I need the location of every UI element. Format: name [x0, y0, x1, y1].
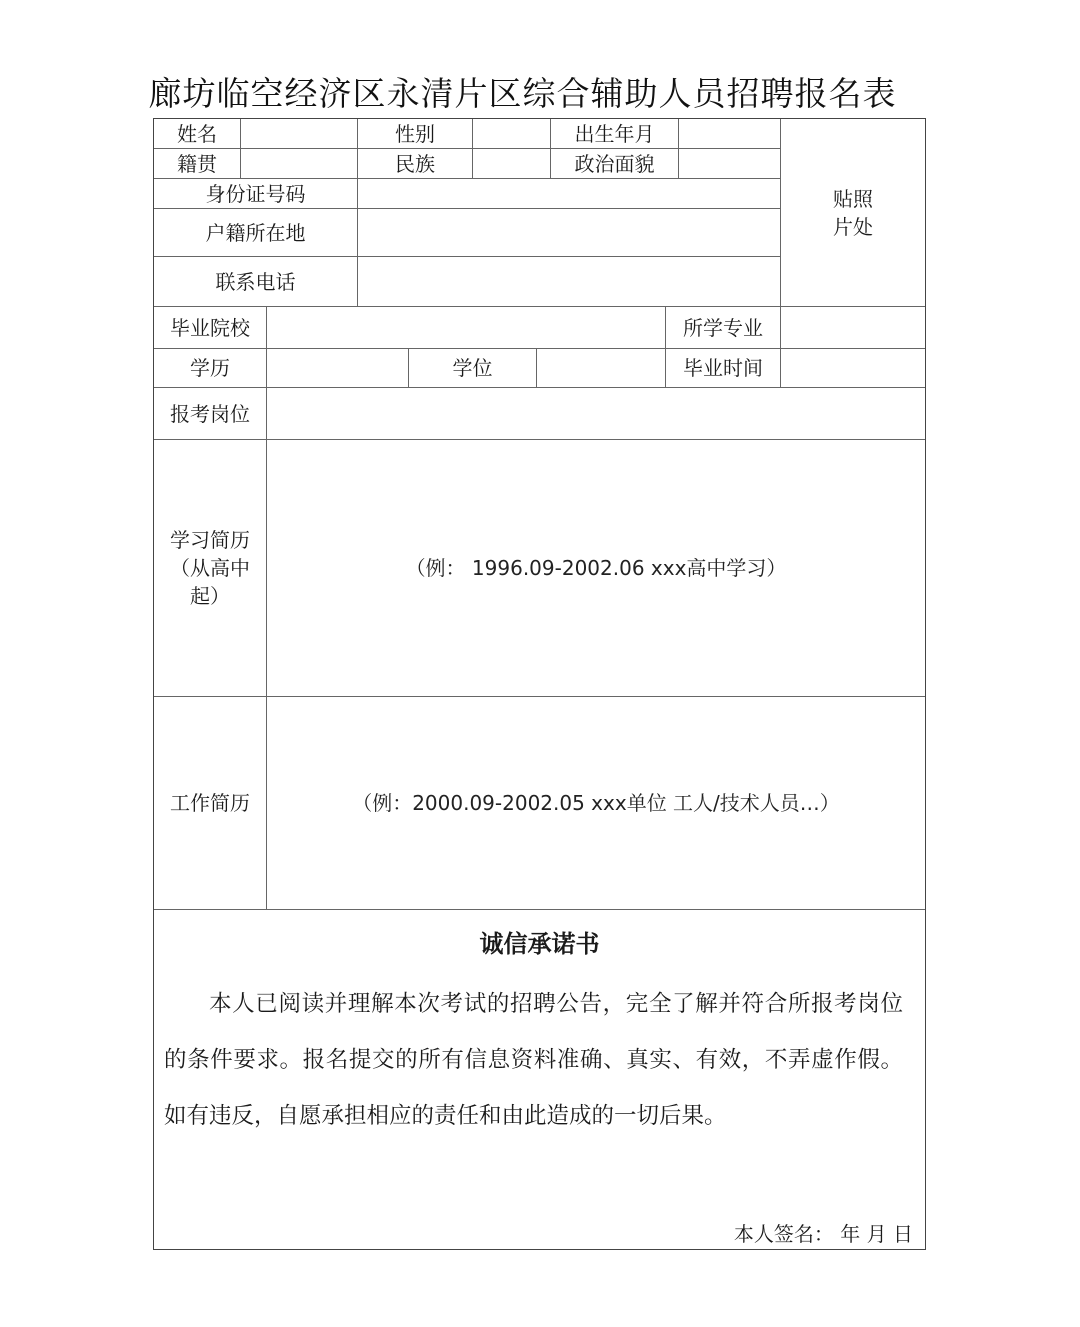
photo-label-line1: 贴照 [781, 185, 925, 213]
political-status-field[interactable] [679, 149, 781, 179]
birth-label: 出生年月 [551, 119, 679, 149]
id-number-field[interactable] [358, 179, 781, 209]
major-field[interactable] [781, 307, 925, 349]
native-place-field[interactable] [241, 149, 358, 179]
graduation-time-label: 毕业时间 [666, 349, 781, 388]
household-field[interactable] [358, 209, 781, 257]
school-label: 毕业院校 [154, 307, 267, 349]
form-title: 廊坊临空经济区永清片区综合辅助人员招聘报名表 [0, 68, 1045, 115]
native-place-label: 籍贯 [154, 149, 241, 179]
study-history-hint: （例： 1996.09-2002.06 xxx高中学习） [406, 554, 787, 582]
graduation-time-field[interactable] [781, 349, 925, 388]
education-field[interactable] [267, 349, 409, 388]
degree-field[interactable] [537, 349, 666, 388]
ethnicity-field[interactable] [473, 149, 551, 179]
political-status-label: 政治面貌 [551, 149, 679, 179]
work-history-label: 工作简历 [154, 697, 267, 910]
gender-field[interactable] [473, 119, 551, 149]
registration-table: 姓名 性别 出生年月 籍贯 民族 政治面貌 身份证号码 户籍所在地 联系电话 贴… [153, 118, 926, 1250]
degree-label: 学位 [409, 349, 537, 388]
pledge-title: 诚信承诺书 [154, 924, 925, 959]
id-number-label: 身份证号码 [154, 179, 358, 209]
study-label-line3: 起） [190, 582, 230, 610]
photo-area[interactable]: 贴照 片处 [781, 119, 925, 307]
gender-label: 性别 [358, 119, 473, 149]
school-field[interactable] [267, 307, 666, 349]
photo-label-line2: 片处 [781, 213, 925, 241]
name-label: 姓名 [154, 119, 241, 149]
phone-label: 联系电话 [154, 257, 358, 307]
major-label: 所学专业 [666, 307, 781, 349]
signature-line[interactable]: 本人签名： 年 月 日 [734, 1218, 913, 1247]
household-label: 户籍所在地 [154, 209, 358, 257]
name-field[interactable] [241, 119, 358, 149]
study-history-field[interactable]: （例： 1996.09-2002.06 xxx高中学习） [267, 440, 925, 697]
position-label: 报考岗位 [154, 388, 267, 440]
pledge-body: 本人已阅读并理解本次考试的招聘公告，完全了解并符合所报考岗位的条件要求。报名提交… [164, 976, 903, 1144]
position-field[interactable] [267, 388, 925, 440]
ethnicity-label: 民族 [358, 149, 473, 179]
study-label-line1: 学习简历 [170, 526, 250, 554]
phone-field[interactable] [358, 257, 781, 307]
study-label-line2: （从高中 [170, 554, 250, 582]
work-history-hint: （例：2000.09-2002.05 xxx单位 工人/技术人员…） [352, 789, 840, 817]
education-label: 学历 [154, 349, 267, 388]
birth-field[interactable] [679, 119, 781, 149]
integrity-pledge: 诚信承诺书 本人已阅读并理解本次考试的招聘公告，完全了解并符合所报考岗位的条件要… [154, 910, 925, 1249]
study-history-label: 学习简历 （从高中 起） [154, 440, 267, 697]
work-history-field[interactable]: （例：2000.09-2002.05 xxx单位 工人/技术人员…） [267, 697, 925, 910]
